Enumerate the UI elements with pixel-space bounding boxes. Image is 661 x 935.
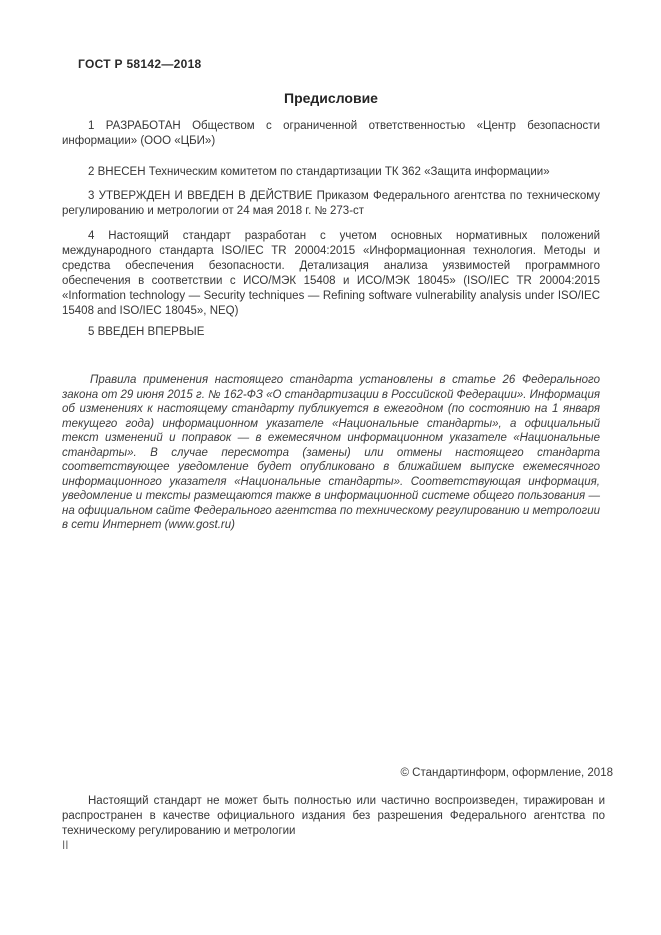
foreword-item-developed: 1 РАЗРАБОТАН Обществом с ограниченной от… <box>62 119 600 149</box>
document-page: ГОСТ Р 58142—2018 Предисловие 1 РАЗРАБОТ… <box>0 0 661 935</box>
foreword-item-submitted: 2 ВНЕСЕН Техническим комитетом по станда… <box>62 165 600 180</box>
copyright-line: © Стандартинформ, оформление, 2018 <box>400 767 613 779</box>
foreword-item-approved: 3 УТВЕРЖДЕН И ВВЕДЕН В ДЕЙСТВИЕ Приказом… <box>62 189 600 219</box>
foreword-item-basis-standard: 4 Настоящий стандарт разработан с учетом… <box>62 229 600 319</box>
page-number: II <box>62 840 68 852</box>
page-title: Предисловие <box>62 90 600 106</box>
running-header: ГОСТ Р 58142—2018 <box>62 57 600 71</box>
legal-application-notice: Правила применения настоящего стандарта … <box>62 373 600 533</box>
foreword-item-first-edition: 5 ВВЕДЕН ВПЕРВЫЕ <box>62 325 600 340</box>
reproduction-restriction-notice: Настоящий стандарт не может быть полност… <box>62 794 605 839</box>
